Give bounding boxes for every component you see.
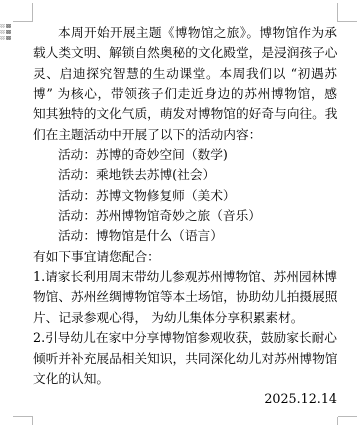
text-line: 片、记录参观心得， 为幼儿集体分享积累素材。	[33, 308, 337, 328]
text-line: 活动：苏博文物修复师（美术）	[33, 186, 337, 206]
text-line: 载人类文明、解锁自然奥秘的文化殿堂，是浸润孩子心	[33, 43, 337, 63]
text-line: 活动：乘地铁去苏博(社会）	[33, 165, 337, 185]
text-line: 博” 为核心，带领孩子们走近身边的苏州博物馆，感	[33, 84, 337, 104]
text-line: 2.引导幼儿在家中分享博物馆参观收获，鼓励家长耐心	[33, 328, 337, 348]
dot-square-dark	[6, 36, 11, 40]
document-page: 本周开始开展主题《博物馆之旅》。博物馆作为承载人类文明、解锁自然奥秘的文化殿堂，…	[0, 0, 360, 425]
dot-square-dark	[6, 24, 11, 28]
margin-dots-row	[0, 36, 11, 40]
text-line: 有如下事宜请您配合：	[33, 247, 337, 267]
dot-square-light	[0, 36, 5, 40]
crop-mark-top-right	[338, 21, 357, 22]
dot-square-light	[0, 30, 5, 34]
text-line: 活动：博物馆是什么（语言）	[33, 226, 337, 246]
crop-mark-bottom-right	[337, 417, 338, 425]
text-line: 知其独特的文化气质，萌发对博物馆的好奇与向往。我	[33, 104, 337, 124]
text-line: 灵、启迪探究智慧的生动课堂。本周我们以 “初遇苏	[33, 64, 337, 84]
dot-square-dark	[6, 30, 11, 34]
text-line: 本周开始开展主题《博物馆之旅》。博物馆作为承	[33, 23, 337, 43]
text-line: 活动：苏博的奇妙空间（数学)	[33, 145, 337, 165]
crop-mark-top-left	[13, 21, 33, 22]
text-line: 倾听并补充展品相关知识，共同深化幼儿对苏州博物馆	[33, 349, 337, 369]
text-line: 活动：苏州博物馆奇妙之旅（音乐）	[33, 206, 337, 226]
margin-dots-marker	[0, 24, 11, 42]
dot-square-light	[0, 24, 5, 28]
margin-dots-row	[0, 30, 11, 34]
crop-mark-top-left	[32, 3, 33, 22]
text-line: 文化的认知。	[33, 369, 337, 389]
date-line: 2025.12.14	[33, 389, 337, 409]
text-line: 物馆、苏州丝绸博物馆等本土场馆，协助幼儿拍摄展照	[33, 287, 337, 307]
margin-dots-row	[0, 24, 11, 28]
document-text[interactable]: 本周开始开展主题《博物馆之旅》。博物馆作为承载人类文明、解锁自然奥秘的文化殿堂，…	[33, 23, 337, 410]
crop-mark-top-right	[337, 3, 338, 22]
text-line: 1.请家长利用周末带幼儿参观苏州博物馆、苏州园林博	[33, 267, 337, 287]
crop-mark-bottom-left	[13, 416, 33, 417]
text-line: 们在主题活动中开展了以下的活动内容：	[33, 125, 337, 145]
crop-mark-bottom-right	[338, 416, 357, 417]
crop-mark-bottom-left	[32, 417, 33, 425]
